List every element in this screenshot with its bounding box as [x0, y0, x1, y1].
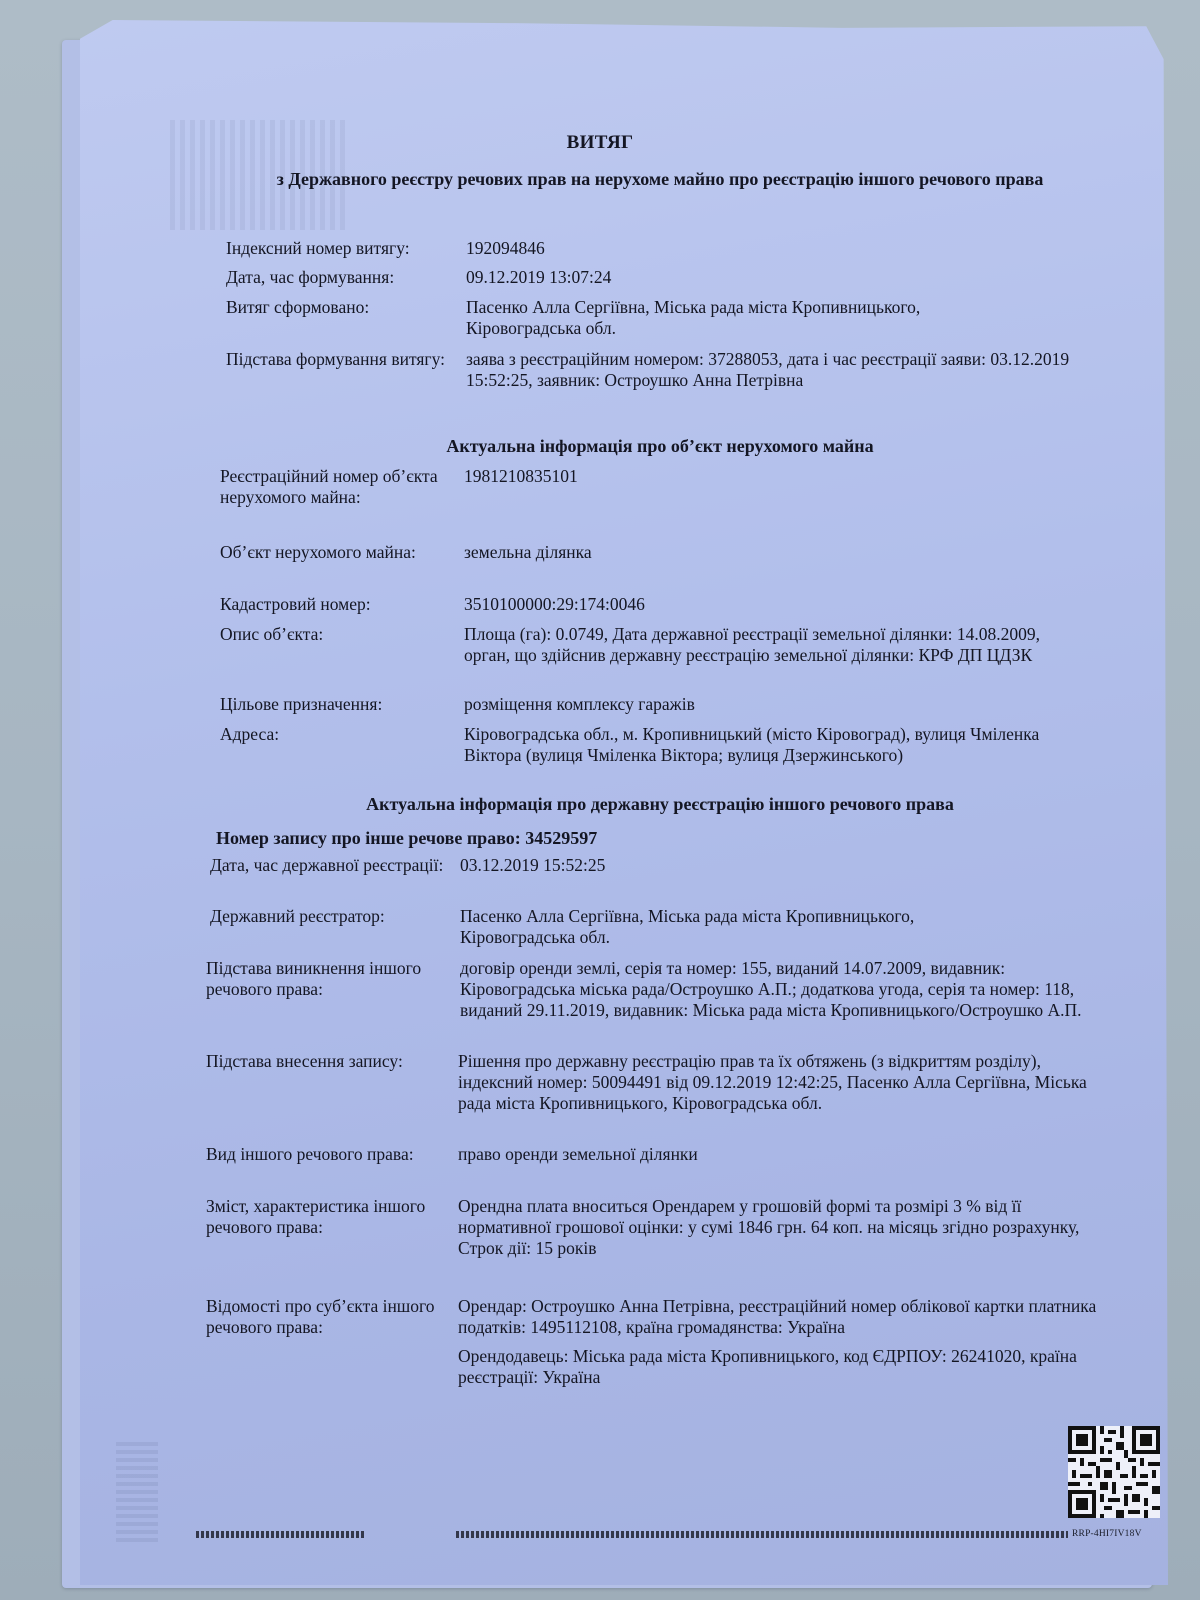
record-number: Номер запису про інше речове право: 3452… — [216, 828, 597, 849]
field-formed-by: Витяг сформовано: Пасенко Алла Сергіївна… — [226, 297, 1026, 339]
field-value: договір оренди землі, серія та номер: 15… — [460, 958, 1090, 1021]
field-label: Підстава формування витягу: — [226, 349, 466, 391]
document-subtitle: з Державного реєстру речових прав на нер… — [230, 168, 1090, 190]
cutoff-text-right — [456, 1531, 1068, 1538]
field-value: Пасенко Алла Сергіївна, Міська рада міст… — [466, 297, 1026, 339]
field-label: Реєстраційний номер об’єкта нерухомого м… — [220, 466, 464, 508]
qr-code-icon — [1068, 1426, 1160, 1518]
field-label: Підстава внесення запису: — [206, 1051, 458, 1114]
field-registration-datetime: Дата, час державної реєстрації: 03.12.20… — [210, 855, 1080, 876]
field-value: розміщення комплексу гаражів — [464, 694, 1074, 715]
field-label: Підстава виникнення іншого речового прав… — [206, 958, 460, 1021]
field-value: 192094846 — [466, 238, 1076, 259]
field-right-type: Вид іншого речового права: право оренди … — [206, 1144, 1088, 1165]
field-label: Індексний номер витягу: — [226, 238, 466, 259]
field-value: право оренди земельної ділянки — [458, 1144, 1088, 1165]
field-value: земельна ділянка — [464, 542, 1074, 563]
field-label: Зміст, характеристика іншого речового пр… — [206, 1196, 458, 1259]
field-label: Витяг сформовано: — [226, 297, 466, 339]
section-heading-object: Актуальна інформація про об’єкт нерухомо… — [240, 436, 1080, 457]
field-value: Кіровоградська обл., м. Кропивницький (м… — [464, 724, 1084, 766]
field-value: 09.12.2019 13:07:24 — [466, 267, 1076, 288]
field-address: Адреса: Кіровоградська обл., м. Кропивни… — [220, 724, 1084, 766]
field-label: Відомості про суб’єкта іншого речового п… — [206, 1296, 458, 1388]
field-label: Адреса: — [220, 724, 464, 766]
field-value: 03.12.2019 15:52:25 — [460, 855, 1080, 876]
field-label: Опис об’єкта: — [220, 624, 464, 666]
field-value-landlord: Орендодавець: Міська рада міста Кропивни… — [458, 1346, 1108, 1388]
field-value-term: Строк дії: 15 років — [458, 1238, 1108, 1259]
cutoff-text-left — [196, 1531, 366, 1538]
field-formation-datetime: Дата, час формування: 09.12.2019 13:07:2… — [226, 267, 1076, 288]
field-label: Цільове призначення: — [220, 694, 464, 715]
field-value: заява з реєстраційним номером: 37288053,… — [466, 349, 1091, 391]
field-value: 1981210835101 — [464, 466, 1074, 508]
verification-code: RRP-4HI7IV18V — [1072, 1529, 1142, 1539]
field-label: Державний реєстратор: — [210, 906, 460, 948]
document-title: ВИТЯГ — [0, 132, 1200, 154]
field-object-description: Опис об’єкта: Площа (га): 0.0749, Дата д… — [220, 624, 1054, 666]
show-through-qr-bottom — [116, 1442, 158, 1542]
field-value: Пасенко Алла Сергіївна, Міська рада міст… — [460, 906, 1020, 948]
field-object-reg-number: Реєстраційний номер об’єкта нерухомого м… — [220, 466, 1074, 508]
field-label: Вид іншого речового права: — [206, 1144, 458, 1165]
field-value-tenant: Орендар: Остроушко Анна Петрівна, реєстр… — [458, 1296, 1108, 1338]
field-right-subjects: Відомості про суб’єкта іншого речового п… — [206, 1296, 1108, 1388]
field-right-origin-basis: Підстава виникнення іншого речового прав… — [206, 958, 1090, 1021]
field-value-group: Орендна плата вноситься Орендарем у грош… — [458, 1196, 1108, 1259]
field-formation-basis: Підстава формування витягу: заява з реєс… — [226, 349, 1091, 391]
field-label: Дата, час державної реєстрації: — [210, 855, 460, 876]
field-designated-purpose: Цільове призначення: розміщення комплекс… — [220, 694, 1074, 715]
field-right-content: Зміст, характеристика іншого речового пр… — [206, 1196, 1108, 1259]
field-value: Орендна плата вноситься Орендарем у грош… — [458, 1196, 1108, 1238]
field-value: 3510100000:29:174:0046 — [464, 594, 1074, 615]
field-registrar: Державний реєстратор: Пасенко Алла Сергі… — [210, 906, 1020, 948]
field-value: Площа (га): 0.0749, Дата державної реєст… — [464, 624, 1054, 666]
field-object-type: Об’єкт нерухомого майна: земельна ділянк… — [220, 542, 1074, 563]
field-cadastral-number: Кадастровий номер: 3510100000:29:174:004… — [220, 594, 1074, 615]
field-label: Об’єкт нерухомого майна: — [220, 542, 464, 563]
section-heading-right: Актуальна інформація про державну реєстр… — [240, 794, 1080, 815]
field-label: Дата, час формування: — [226, 267, 466, 288]
field-value: Рішення про державну реєстрацію прав та … — [458, 1051, 1088, 1114]
field-entry-basis: Підстава внесення запису: Рішення про де… — [206, 1051, 1088, 1114]
field-extract-index: Індексний номер витягу: 192094846 — [226, 238, 1076, 259]
field-value-group: Орендар: Остроушко Анна Петрівна, реєстр… — [458, 1296, 1108, 1388]
field-label: Кадастровий номер: — [220, 594, 464, 615]
